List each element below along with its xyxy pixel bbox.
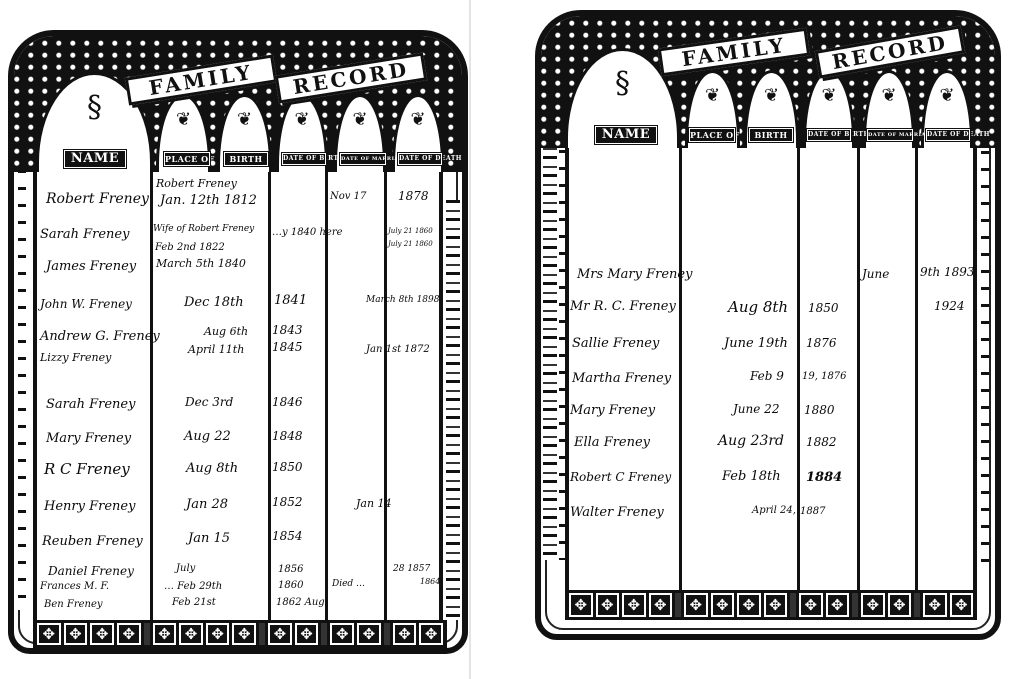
entry-death: 1864 <box>420 578 440 586</box>
entry-place: Jan 28 <box>186 498 228 511</box>
quatrefoil-ornament-icon: ✥ <box>206 623 230 645</box>
footer-separator <box>259 623 265 645</box>
entry-place: Aug 8th <box>728 300 788 315</box>
quatrefoil-ornament-icon: ✥ <box>622 593 646 617</box>
entry-name: Daniel Freney <box>48 565 134 577</box>
right-dot-rail <box>981 100 989 570</box>
entry-death: March 8th 1898 <box>366 296 440 305</box>
entry-place: April 11th <box>188 344 244 355</box>
entry-place: June 19th <box>724 337 788 350</box>
quatrefoil-ornament-icon: ✥ <box>569 593 593 617</box>
entry-place: Feb 9 <box>750 370 784 382</box>
quatrefoil-ornament-icon: ✥ <box>764 593 788 617</box>
quatrefoil-ornament-icon: ✥ <box>179 623 203 645</box>
footer-separator <box>675 593 681 617</box>
entry-year: 1856 <box>278 565 303 575</box>
quatrefoil-ornament-icon: ✥ <box>923 593 947 617</box>
entry-year: 1850 <box>272 461 303 473</box>
entry-death: July 21 1860 <box>388 241 433 248</box>
flourish-icon: ❦ <box>764 87 779 105</box>
quatrefoil-ornament-icon: ✥ <box>826 593 850 617</box>
quatrefoil-ornament-icon: ✥ <box>153 623 177 645</box>
entry-death: Jan 1st 1872 <box>366 345 430 355</box>
entry-marriage: Nov 17 <box>330 192 366 202</box>
column-label-name: NAME <box>64 150 126 168</box>
entry-year: 1848 <box>272 430 303 442</box>
entry-year: 1880 <box>804 404 835 416</box>
entry-place: Feb 21st <box>172 598 216 608</box>
book-gutter <box>469 0 471 679</box>
entry-place: Aug 23rd <box>718 434 784 448</box>
flourish-icon: ❦ <box>821 87 836 105</box>
footer-separator <box>384 623 390 645</box>
quatrefoil-ornament-icon: ✥ <box>232 623 256 645</box>
entry-name: Mary Freney <box>46 432 131 445</box>
right-ornament-rail <box>446 200 460 620</box>
quatrefoil-ornament-icon: ✥ <box>888 593 912 617</box>
column-divider <box>679 148 682 590</box>
entry-place: Jan 15 <box>188 532 230 545</box>
column-divider <box>33 172 37 620</box>
entry-death: 1878 <box>398 190 429 202</box>
entry-place: Feb 2nd 1822 <box>155 243 225 253</box>
flourish-icon: ❦ <box>352 111 367 129</box>
ornamental-footer: ✥ ✥ ✥ ✥ ✥ ✥ ✥ ✥ ✥ ✥ ✥ ✥ ✥ ✥ <box>565 590 977 620</box>
entry-place: Dec 18th <box>184 296 244 309</box>
column-divider <box>857 148 860 590</box>
left-ornament-rail <box>543 120 557 560</box>
entry-name: Martha Freney <box>572 372 671 385</box>
flourish-icon: ❦ <box>410 111 425 129</box>
quatrefoil-ornament-icon: ✥ <box>711 593 735 617</box>
entry-name: Lizzy Freney <box>40 352 111 363</box>
column-divider <box>565 148 569 590</box>
quatrefoil-ornament-icon: ✥ <box>419 623 443 645</box>
entry-year: 1862 Aug <box>276 598 325 608</box>
entry-year: 1884 <box>806 471 842 484</box>
entry-marriage: …y 1840 here <box>272 228 343 238</box>
record-header: § ❦ ❦ ❦ ❦ ❦ FAMILY RECORD NAME PLACE OF … <box>541 16 995 148</box>
column-divider <box>325 172 328 620</box>
footer-separator <box>914 593 920 617</box>
column-label-place-of: PLACE OF <box>689 128 735 142</box>
entry-place: April 24, <box>752 506 796 516</box>
entry-place: July <box>176 564 195 574</box>
column-label-birth: BIRTH <box>224 152 268 166</box>
entry-name: Frances M. F. <box>40 582 109 592</box>
banner-family: FAMILY <box>658 28 810 77</box>
column-label-place-of: PLACE OF <box>164 152 210 166</box>
quatrefoil-ornament-icon: ✥ <box>357 623 381 645</box>
flourish-icon: ❦ <box>939 87 954 105</box>
entry-year: 1846 <box>272 396 303 408</box>
entry-name: Sallie Freney <box>572 337 659 350</box>
footer-separator <box>852 593 858 617</box>
flourish-icon: ❦ <box>176 111 191 129</box>
entry-marriage: Jan 14 <box>356 498 392 509</box>
column-label-birth: BIRTH <box>749 128 793 142</box>
column-label-date-of-birth: DATE OF BIRTH <box>807 129 851 141</box>
entry-name: Henry Freney <box>44 500 135 513</box>
entry-year: 1850 <box>808 302 839 314</box>
column-label-date-of-death: DATE OF DEATH <box>926 129 970 141</box>
scroll-ornament-icon: § <box>615 69 630 99</box>
column-divider <box>915 148 918 590</box>
entry-marriage: June <box>862 268 889 280</box>
entry-place: Feb 18th <box>722 470 781 483</box>
entry-place: … Feb 29th <box>164 582 222 592</box>
entry-name: Mrs Mary Freney <box>577 268 692 281</box>
footer-separator <box>321 623 327 645</box>
quatrefoil-ornament-icon: ✥ <box>596 593 620 617</box>
entry-year: 1845 <box>272 341 303 353</box>
entry-name: Andrew G. Freney <box>40 330 160 343</box>
quatrefoil-ornament-icon: ✥ <box>37 623 61 645</box>
column-label-name: NAME <box>595 126 657 144</box>
entry-name: Robert Freney <box>46 192 149 206</box>
entry-name: Robert C Freney <box>570 471 671 483</box>
banner-record: RECORD <box>275 52 428 103</box>
column-divider <box>150 172 153 620</box>
entry-name: John W. Freney <box>40 298 132 310</box>
quatrefoil-ornament-icon: ✥ <box>950 593 974 617</box>
entry-year: 1887 <box>800 507 825 517</box>
entry-death: 9th 1893 <box>920 266 975 278</box>
footer-separator <box>790 593 796 617</box>
entry-name: Walter Freney <box>570 506 664 519</box>
entry-year: 1882 <box>806 436 837 448</box>
entry-name: Mr R. C. Freney <box>570 300 676 313</box>
entry-name: Sarah Freney <box>40 228 129 241</box>
column-divider <box>384 172 387 620</box>
entry-place: June 22 <box>733 403 779 415</box>
right-page: § ❦ ❦ ❦ ❦ ❦ FAMILY RECORD NAME PLACE OF … <box>535 10 1001 640</box>
column-label-date-of-marriage: DATE OF MARRIAGE <box>867 129 913 141</box>
entry-year: 1841 <box>274 294 307 307</box>
quatrefoil-ornament-icon: ✥ <box>684 593 708 617</box>
quatrefoil-ornament-icon: ✥ <box>90 623 114 645</box>
entry-place: Aug 22 <box>184 430 231 443</box>
entry-year: 1876 <box>806 337 837 349</box>
quatrefoil-ornament-icon: ✥ <box>295 623 319 645</box>
column-label-date-of-marriage: DATE OF MARRIAGE <box>340 153 386 165</box>
entry-name: Mary Freney <box>570 404 655 417</box>
entry-name: James Freney <box>46 260 136 273</box>
entry-place: Aug 6th <box>204 326 248 337</box>
entry-death: 1924 <box>934 300 965 312</box>
entry-place: Aug 8th <box>186 462 238 475</box>
column-divider <box>268 172 271 620</box>
column-label-date-of-birth: DATE OF BIRTH <box>282 153 326 165</box>
entry-place: Dec 3rd <box>185 396 233 408</box>
entry-name: Sarah Freney <box>46 398 135 411</box>
entry-death: July 21 1860 <box>388 228 433 235</box>
quatrefoil-ornament-icon: ✥ <box>117 623 141 645</box>
entry-name: Ben Freney <box>44 600 103 610</box>
entry-place: Wife of Robert Freney <box>153 225 254 234</box>
entry-name: Reuben Freney <box>42 535 143 548</box>
entry-year: 19, 1876 <box>802 372 847 382</box>
entry-place: Robert Freney <box>156 178 237 189</box>
entry-marriage: Died … <box>332 580 365 589</box>
quatrefoil-ornament-icon: ✥ <box>330 623 354 645</box>
footer-separator <box>144 623 150 645</box>
entry-place: March 5th 1840 <box>156 258 246 269</box>
quatrefoil-ornament-icon: ✥ <box>268 623 292 645</box>
quatrefoil-ornament-icon: ✥ <box>737 593 761 617</box>
quatrefoil-ornament-icon: ✥ <box>649 593 673 617</box>
column-divider <box>797 148 800 590</box>
quatrefoil-ornament-icon: ✥ <box>393 623 417 645</box>
record-header: § ❦ ❦ ❦ ❦ ❦ FAMILY RECORD NAME PLACE OF … <box>14 36 462 172</box>
ornamental-footer: ✥ ✥ ✥ ✥ ✥ ✥ ✥ ✥ ✥ ✥ ✥ ✥ ✥ ✥ <box>33 620 447 648</box>
flourish-icon: ❦ <box>881 87 896 105</box>
quatrefoil-ornament-icon: ✥ <box>64 623 88 645</box>
entry-name: R C Freney <box>44 462 130 477</box>
left-ornament-rail <box>18 170 26 610</box>
quatrefoil-ornament-icon: ✥ <box>861 593 885 617</box>
column-divider <box>973 148 977 590</box>
quatrefoil-ornament-icon: ✥ <box>799 593 823 617</box>
column-label-date-of-death: DATE OF DEATH <box>398 153 442 165</box>
entry-death: 28 1857 <box>393 565 430 574</box>
scroll-ornament-icon: § <box>87 93 102 123</box>
entry-year: 1843 <box>272 324 303 336</box>
column-divider <box>439 172 443 620</box>
flourish-icon: ❦ <box>237 111 252 129</box>
entry-year: 1860 <box>278 581 303 591</box>
flourish-icon: ❦ <box>294 111 309 129</box>
entry-year: 1852 <box>272 496 303 508</box>
flourish-icon: ❦ <box>705 87 720 105</box>
entry-year: 1854 <box>272 530 303 542</box>
entry-name: Ella Freney <box>574 436 650 449</box>
entry-birth-date: Jan. 12th 1812 <box>160 194 257 207</box>
